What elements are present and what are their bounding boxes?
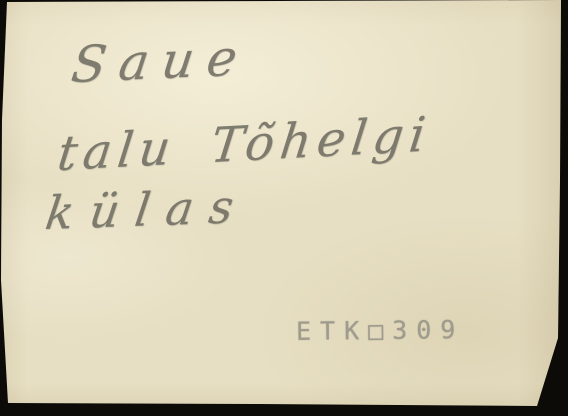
handwritten-name: Saue	[68, 28, 253, 94]
index-card: Saue talu Tõhelgi külas ETK□309	[0, 0, 568, 416]
scanned-card-image: Saue talu Tõhelgi külas ETK□309	[0, 0, 568, 416]
handwritten-text-line2: talu Tõhelgi	[55, 106, 435, 182]
handwritten-text-line3: külas	[42, 179, 253, 240]
archive-number-stamp: ETK□309	[296, 315, 465, 346]
